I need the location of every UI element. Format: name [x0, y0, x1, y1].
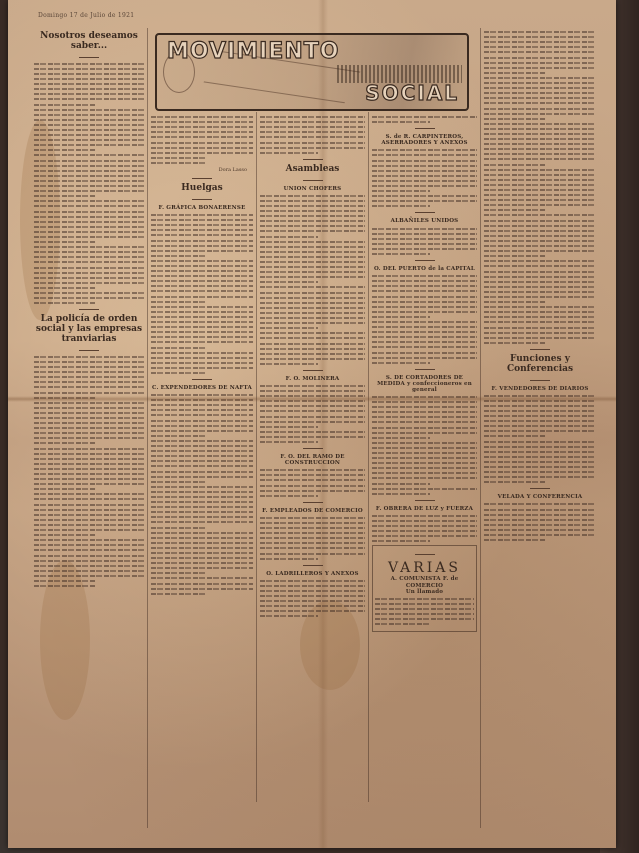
- text-line: [34, 149, 95, 151]
- text-line: [34, 221, 144, 223]
- text-line: [484, 271, 596, 273]
- text-line: [260, 152, 318, 154]
- text-line: [151, 280, 253, 282]
- ornament-rule: [192, 199, 212, 200]
- text-line: [34, 555, 144, 557]
- text-line: [484, 327, 596, 329]
- text-line: [34, 519, 144, 521]
- text-line: [34, 473, 144, 475]
- text-line: [484, 214, 596, 216]
- text-line: [484, 514, 596, 516]
- text-line: [34, 539, 144, 541]
- text-line: [34, 381, 144, 383]
- text-line: [151, 234, 253, 236]
- text-line: [260, 469, 365, 471]
- text-line: [372, 352, 477, 354]
- text-line: [484, 446, 596, 448]
- text-line: [484, 260, 596, 262]
- text-line: [484, 306, 596, 308]
- text-line: [151, 341, 253, 343]
- text-line: [372, 457, 477, 459]
- text-line: [372, 311, 477, 313]
- text-line: [34, 560, 144, 562]
- text-line: [151, 270, 253, 272]
- text-line: [34, 93, 144, 95]
- article: O. LADRILLEROS Y ANEXOS: [260, 565, 365, 618]
- text-line: [34, 83, 144, 85]
- article-subheading: F. GRÁFICA BONAERENSE: [151, 205, 253, 211]
- text-line: [34, 292, 144, 294]
- text-line: [372, 406, 477, 408]
- text-line: [484, 174, 596, 176]
- text-line: [484, 539, 546, 541]
- article-subheading: ALBAÑILES UNIDOS: [372, 218, 477, 224]
- text-line: [34, 509, 144, 511]
- text-line: [260, 615, 318, 617]
- text-line: [260, 225, 365, 227]
- ornament-rule: [303, 159, 323, 160]
- text-line: [34, 478, 144, 480]
- article-body: [260, 469, 365, 496]
- text-line: [151, 445, 253, 447]
- text-line: [372, 477, 477, 479]
- text-line: [484, 456, 596, 458]
- text-line: [484, 225, 596, 227]
- text-line: [151, 471, 253, 473]
- ornament-rule: [192, 178, 212, 179]
- text-line: [34, 185, 144, 187]
- text-line: [34, 570, 144, 572]
- text-line: [484, 435, 546, 437]
- text-line: [260, 292, 365, 294]
- text-line: [484, 41, 596, 43]
- text-line: [260, 142, 365, 144]
- text-line: [260, 236, 318, 238]
- text-line: [260, 441, 318, 443]
- text-line: [34, 129, 144, 131]
- text-line: [484, 92, 596, 94]
- text-line: [260, 431, 365, 433]
- text-line: [484, 67, 596, 69]
- text-line: [34, 524, 144, 526]
- article: HuelgasF. GRÁFICA BONAERENSE: [151, 178, 253, 374]
- text-line: [260, 600, 365, 602]
- text-line: [151, 126, 253, 128]
- article: O. DEL PUERTO de la CAPITAL: [372, 260, 477, 364]
- text-line: [260, 317, 365, 319]
- text-line: [372, 447, 477, 449]
- text-line: [372, 160, 477, 162]
- text-line: [484, 143, 596, 145]
- text-line: [34, 453, 144, 455]
- text-line: [151, 136, 253, 138]
- text-line: [484, 77, 596, 79]
- text-line: [260, 297, 365, 299]
- text-line: [484, 519, 596, 521]
- text-line: [151, 245, 253, 247]
- text-line: [372, 467, 477, 469]
- text-line: [372, 180, 477, 182]
- text-line: [34, 366, 144, 368]
- text-line: [484, 291, 596, 293]
- text-line: [260, 116, 365, 118]
- text-line: [151, 552, 253, 554]
- text-line: [372, 301, 477, 303]
- column-rule: [368, 112, 369, 802]
- text-line: [484, 209, 546, 211]
- text-line: [372, 121, 430, 123]
- text-line: [34, 412, 144, 414]
- text-line: [34, 63, 144, 65]
- text-line: [34, 427, 144, 429]
- text-line: [151, 567, 253, 569]
- text-line: [260, 542, 365, 544]
- text-line: [151, 491, 253, 493]
- text-line: [34, 302, 95, 304]
- article-body: [372, 515, 477, 542]
- text-line: [151, 255, 207, 257]
- ornament-rule: [303, 448, 323, 449]
- article: F. EMPLEADOS DE COMERCIO: [260, 502, 365, 560]
- text-line: [372, 316, 430, 318]
- article-body: [151, 116, 253, 164]
- text-line: [372, 238, 477, 240]
- text-line: [151, 147, 253, 149]
- text-line: [260, 121, 365, 123]
- text-line: [484, 425, 596, 427]
- ornament-rule: [530, 488, 550, 489]
- text-line: [484, 337, 596, 339]
- text-line: [151, 532, 253, 534]
- text-line: [151, 296, 253, 298]
- text-line: [484, 405, 596, 407]
- text-line: [260, 522, 365, 524]
- text-line: [151, 414, 253, 416]
- text-line: [34, 144, 144, 146]
- article-body: [260, 385, 365, 443]
- article-body: [484, 31, 596, 344]
- text-line: [34, 376, 144, 378]
- text-line: [372, 515, 477, 517]
- article: C. EXPENDEDORES DE NAFTA: [151, 379, 253, 595]
- text-line: [260, 547, 365, 549]
- text-line: [372, 296, 477, 298]
- text-line: [375, 613, 474, 615]
- article-subheading: F. VENDEDORES DE DIARIOS: [484, 386, 596, 392]
- text-line: [260, 558, 318, 560]
- text-line: [151, 336, 253, 338]
- text-line: [484, 276, 596, 278]
- text-line: [34, 205, 144, 207]
- text-line: [260, 416, 365, 418]
- ornament-rule: [530, 380, 550, 381]
- article-body: [34, 356, 144, 587]
- text-line: [34, 432, 144, 434]
- text-line: [372, 116, 477, 118]
- text-line: [372, 170, 477, 172]
- text-line: [34, 139, 144, 141]
- text-line: [260, 261, 365, 263]
- text-line: [375, 618, 474, 620]
- text-line: [372, 175, 477, 177]
- text-line: [484, 31, 596, 33]
- article: S. DE CORTADORES DE MEDIDA y confeccione…: [372, 369, 477, 495]
- article-body: [260, 195, 365, 365]
- text-line: [34, 534, 95, 536]
- text-line: [484, 62, 596, 64]
- text-line: [260, 421, 365, 423]
- text-line: [151, 481, 207, 483]
- column-5: Funciones y ConferenciasF. VENDEDORES DE…: [484, 28, 596, 544]
- text-line: [260, 256, 365, 258]
- text-line: [484, 194, 596, 196]
- text-line: [484, 199, 596, 201]
- text-line: [151, 542, 253, 544]
- text-line: [484, 169, 596, 171]
- text-line: [34, 282, 144, 284]
- text-line: [151, 404, 253, 406]
- text-line: [151, 301, 207, 303]
- text-line: [260, 271, 365, 273]
- text-line: [484, 118, 546, 120]
- text-line: [151, 311, 253, 313]
- text-line: [34, 565, 144, 567]
- text-line: [260, 276, 365, 278]
- text-line: [34, 361, 144, 363]
- text-line: [484, 415, 596, 417]
- text-line: [260, 307, 365, 309]
- text-line: [34, 504, 144, 506]
- text-line: [151, 501, 253, 503]
- text-line: [484, 153, 596, 155]
- text-line: [34, 529, 144, 531]
- article-body: [151, 214, 253, 374]
- article-subheading: F. OBRERA DE LUZ y FUERZA: [372, 506, 477, 512]
- text-line: [372, 200, 477, 202]
- text-line: [151, 219, 253, 221]
- article-body: [484, 395, 596, 484]
- text-line: [260, 337, 365, 339]
- text-line: [260, 426, 318, 428]
- text-line: [372, 185, 477, 187]
- ornament-rule: [415, 500, 435, 501]
- text-line: [260, 358, 365, 360]
- text-line: [260, 241, 365, 243]
- masthead-title-line2: SOCIAL: [365, 81, 459, 105]
- text-line: [151, 588, 253, 590]
- text-line: [34, 287, 95, 289]
- text-line: [484, 189, 596, 191]
- text-line: [484, 461, 596, 463]
- text-line: [151, 367, 253, 369]
- text-line: [372, 190, 430, 192]
- text-line: [484, 509, 596, 511]
- text-line: [151, 562, 253, 564]
- text-line: [484, 128, 596, 130]
- column-3: AsambleasUNION CHOFERSF. O. MOLINERAF. O…: [260, 113, 365, 620]
- text-line: [34, 544, 144, 546]
- text-line: [484, 321, 596, 323]
- text-line: [372, 442, 477, 444]
- text-line: [372, 362, 430, 364]
- text-line: [260, 343, 365, 345]
- text-line: [484, 164, 546, 166]
- text-line: [484, 466, 596, 468]
- text-line: [260, 126, 365, 128]
- text-line: [260, 205, 365, 207]
- text-line: [484, 240, 596, 242]
- text-line: [372, 205, 430, 207]
- article-body: [484, 503, 596, 541]
- article-subheading: S. DE CORTADORES DE MEDIDA y confeccione…: [372, 375, 477, 393]
- text-line: [260, 590, 365, 592]
- column-rule: [256, 112, 257, 802]
- ornament-rule: [415, 212, 435, 213]
- ornament-rule: [415, 369, 435, 370]
- text-line: [484, 108, 596, 110]
- text-line: [372, 462, 477, 464]
- text-line: [151, 347, 207, 349]
- text-line: [372, 326, 477, 328]
- text-line: [151, 357, 253, 359]
- text-line: [151, 321, 253, 323]
- text-line: [260, 532, 365, 534]
- text-line: [484, 255, 546, 257]
- text-line: [260, 195, 365, 197]
- text-line: [151, 275, 253, 277]
- text-line: [34, 261, 144, 263]
- text-line: [151, 290, 253, 292]
- text-line: [260, 215, 365, 217]
- text-line: [151, 352, 253, 354]
- article-heading: Funciones y Conferencias: [484, 355, 596, 375]
- text-line: [260, 147, 365, 149]
- text-line: [260, 312, 365, 314]
- section-heading: VARIAS: [375, 560, 474, 576]
- article-body: [372, 396, 477, 495]
- text-line: [260, 390, 365, 392]
- text-line: [260, 585, 365, 587]
- text-line: [34, 580, 95, 582]
- text-line: [260, 246, 365, 248]
- text-line: [372, 488, 477, 490]
- text-line: [151, 214, 253, 216]
- article-body: [372, 228, 477, 255]
- text-line: [484, 148, 596, 150]
- text-line: [372, 530, 477, 532]
- text-line: [372, 432, 477, 434]
- text-line: [34, 402, 144, 404]
- text-line: [151, 326, 253, 328]
- text-line: [151, 240, 253, 242]
- text-line: [34, 114, 144, 116]
- text-line: [151, 362, 253, 364]
- text-line: [375, 608, 474, 610]
- text-line: [484, 529, 596, 531]
- text-line: [484, 46, 596, 48]
- text-line: [372, 195, 477, 197]
- text-line: [151, 557, 253, 559]
- text-line: [34, 407, 144, 409]
- text-line: [34, 386, 144, 388]
- text-line: [151, 511, 253, 513]
- text-line: [372, 228, 477, 230]
- article-body: [260, 517, 365, 560]
- text-line: [151, 537, 253, 539]
- text-line: [372, 243, 477, 245]
- text-line: [372, 493, 430, 495]
- text-line: [375, 603, 474, 605]
- text-line: [34, 277, 144, 279]
- text-line: [151, 583, 253, 585]
- article-body: [260, 116, 365, 154]
- text-line: [34, 154, 144, 156]
- text-line: [151, 577, 253, 579]
- text-line: [375, 623, 429, 625]
- text-line: [372, 275, 477, 277]
- text-line: [484, 451, 596, 453]
- text-line: [34, 442, 95, 444]
- text-line: [260, 200, 365, 202]
- text-line: [260, 595, 365, 597]
- text-line: [151, 450, 253, 452]
- ornament-rule: [79, 57, 99, 58]
- text-line: [484, 420, 596, 422]
- article-heading: Huelgas: [151, 184, 253, 194]
- text-line: [484, 311, 596, 313]
- text-line: [34, 241, 95, 243]
- article: S. de R. CARPINTEROS, ASERRADORES Y ANEX…: [372, 128, 477, 207]
- text-line: [484, 179, 596, 181]
- text-line: [151, 455, 253, 457]
- text-line: [372, 427, 477, 429]
- text-line: [484, 220, 596, 222]
- article-body: [372, 116, 477, 123]
- article: Nosotros deseamos saber...: [34, 32, 144, 304]
- text-line: [34, 236, 144, 238]
- text-line: [151, 420, 253, 422]
- text-line: [34, 226, 144, 228]
- text-line: [34, 417, 144, 419]
- text-line: [34, 104, 95, 106]
- article-body: [34, 63, 144, 304]
- text-line: [260, 327, 318, 329]
- text-line: [151, 142, 253, 144]
- text-line: [372, 336, 477, 338]
- text-line: [34, 272, 144, 274]
- ornament-rule: [192, 379, 212, 380]
- article-body: [372, 149, 477, 207]
- text-line: [484, 342, 546, 344]
- text-line: [260, 436, 365, 438]
- text-line: [260, 537, 365, 539]
- text-line: [34, 195, 95, 197]
- text-line: [151, 521, 253, 523]
- article: [484, 31, 596, 344]
- text-line: [484, 123, 596, 125]
- text-line: [484, 471, 596, 473]
- text-line: [34, 160, 144, 162]
- text-line: [34, 200, 144, 202]
- text-line: [151, 250, 253, 252]
- text-line: [151, 409, 253, 411]
- article: F. O. MOLINERA: [260, 370, 365, 443]
- text-line: [372, 253, 430, 255]
- text-line: [151, 372, 207, 374]
- text-line: [260, 220, 365, 222]
- text-line: [34, 392, 144, 394]
- text-line: [372, 535, 477, 537]
